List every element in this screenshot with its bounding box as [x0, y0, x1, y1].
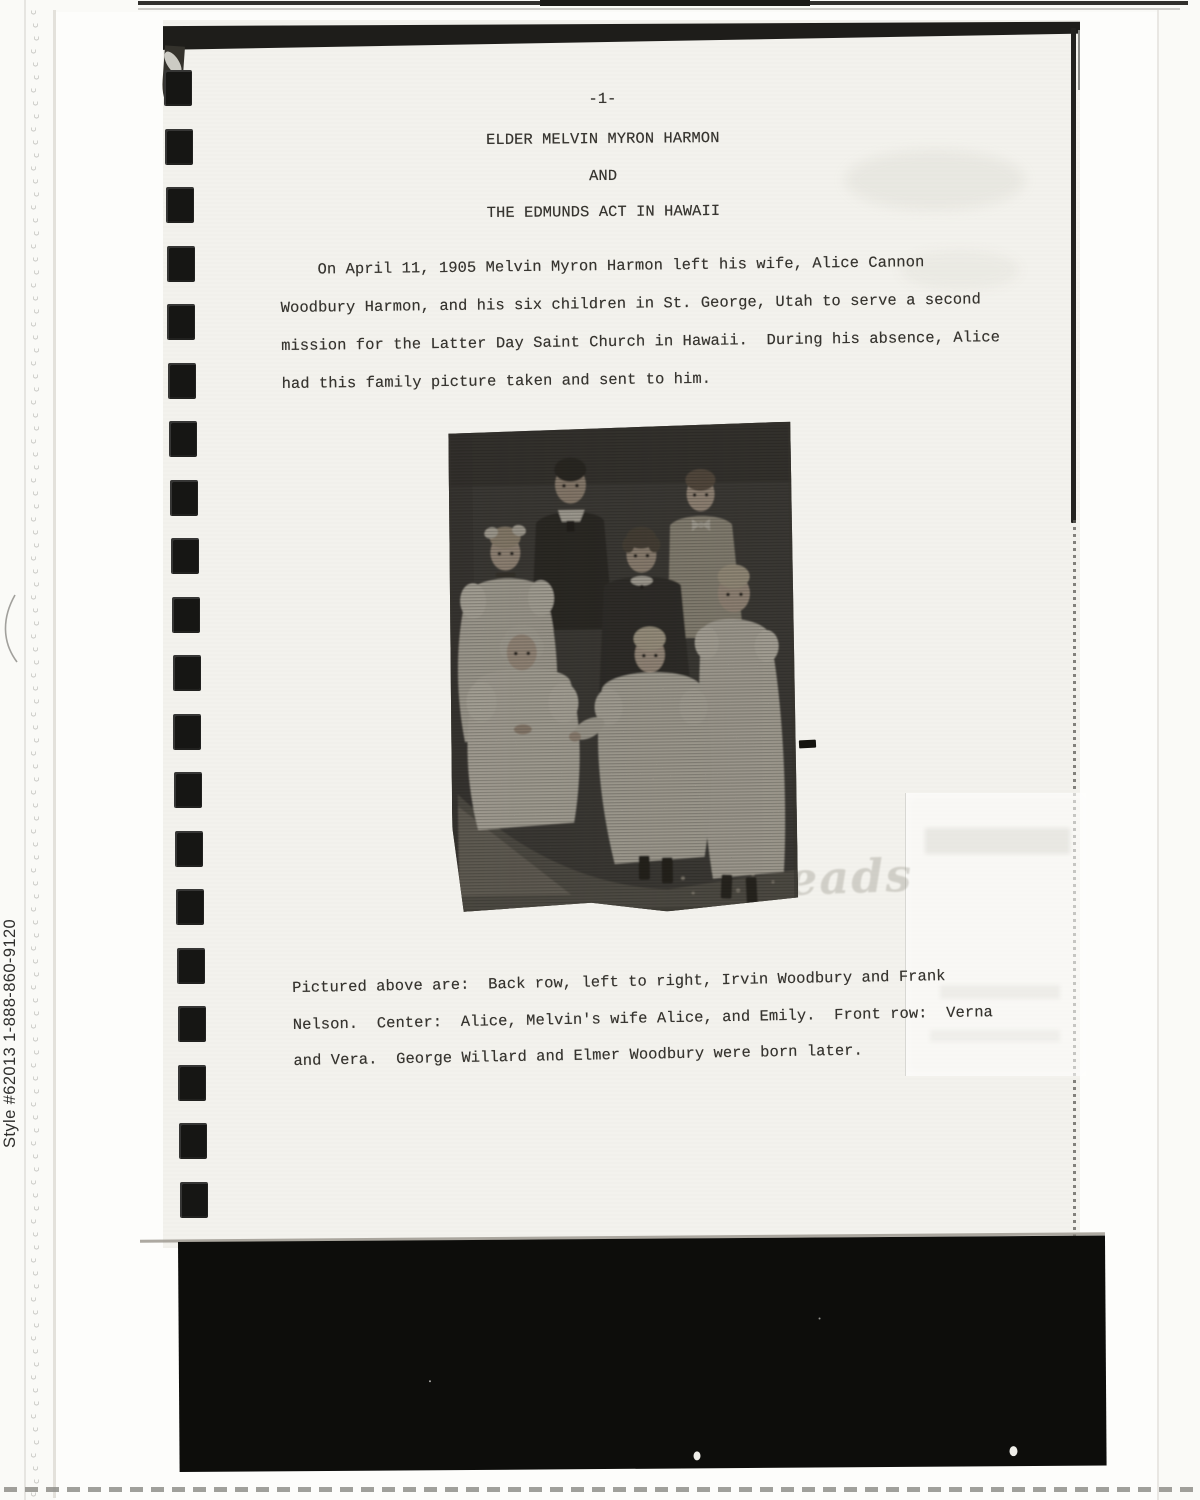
edge-mark: ɔ	[28, 322, 37, 327]
comb-tooth	[174, 772, 202, 808]
edge-mark: ɔ	[28, 166, 37, 171]
edge-mark: ɔ	[29, 1115, 38, 1120]
comb-tooth	[178, 1065, 206, 1101]
edge-mark: ɔ	[29, 374, 38, 379]
edge-mark: ɔ	[29, 335, 38, 340]
comb-tooth	[164, 70, 192, 106]
edge-mark: ɔ	[28, 1102, 37, 1107]
edge-mark: ɔ	[28, 1375, 37, 1380]
edge-mark: ɔ	[28, 829, 37, 834]
edge-mark: ɔ	[28, 88, 37, 93]
comb-tooth	[170, 480, 198, 516]
edge-mark: ɔ	[29, 569, 38, 574]
band-speck	[429, 1380, 431, 1382]
edge-mark: ɔ	[31, 738, 40, 743]
edge-mark: ɔ	[28, 985, 37, 990]
edge-mark: ɔ	[29, 530, 38, 535]
edge-mark: ɔ	[31, 36, 40, 41]
edge-mark: ɔ	[29, 764, 38, 769]
bleedthrough-ghost-text: eads	[787, 848, 914, 906]
edge-mark: ɔ	[31, 543, 40, 548]
comb-tooth	[169, 421, 197, 457]
sheet-left-edge	[53, 10, 56, 1498]
edge-mark: ɔ	[29, 1232, 38, 1237]
document-title-line-3: THE EDMUNDS ACT IN HAWAII	[268, 200, 938, 224]
edge-mark: ɔ	[29, 1349, 38, 1354]
edge-mark: ɔ	[31, 1128, 40, 1133]
edge-mark: ɔ	[28, 478, 37, 483]
edge-mark: ɔ	[29, 1388, 38, 1393]
family-portrait-photo	[447, 422, 799, 915]
edge-mark: ɔ	[28, 751, 37, 756]
edge-mark: ɔ	[29, 803, 38, 808]
edge-mark: ɔ	[28, 439, 37, 444]
comb-tooth	[179, 1123, 207, 1159]
page-right-dark-edge	[1071, 28, 1076, 523]
edge-mark: ɔ	[29, 101, 38, 106]
edge-mark: ɔ	[28, 946, 37, 951]
edge-mark: ɔ	[31, 582, 40, 587]
edge-mark: ɔ	[29, 179, 38, 184]
edge-mark: ɔ	[28, 1453, 37, 1458]
document-title-line-1: ELDER MELVIN MYRON HARMON	[268, 127, 938, 151]
edge-mark: ɔ	[31, 699, 40, 704]
edge-mark: ɔ	[28, 517, 37, 522]
edge-mark: ɔ	[28, 1180, 37, 1185]
edge-mark: ɔ	[28, 1258, 37, 1263]
paragraph-line: Woodbury Harmon, and his six children in…	[281, 290, 981, 317]
edge-mark: ɔ	[28, 556, 37, 561]
comb-tooth	[175, 831, 203, 867]
scan-top-edge-dark-segment	[540, 0, 810, 6]
edge-mark: ɔ	[29, 842, 38, 847]
edge-mark: ɔ	[29, 1427, 38, 1432]
edge-mark: ɔ	[28, 1063, 37, 1068]
edge-mark: ɔ	[31, 1323, 40, 1328]
edge-mark: ɔ	[28, 127, 37, 132]
left-stray-arc	[0, 580, 30, 680]
bottom-black-cover-band	[178, 1236, 1107, 1472]
comb-tooth	[173, 714, 201, 750]
edge-mark: ɔ	[29, 686, 38, 691]
edge-mark: ɔ	[31, 1011, 40, 1016]
edge-mark: ɔ	[28, 1024, 37, 1029]
edge-mark: ɔ	[28, 1297, 37, 1302]
edge-mark: ɔ	[29, 920, 38, 925]
edge-mark: ɔ	[28, 244, 37, 249]
comb-tooth	[165, 129, 193, 165]
edge-mark: ɔ	[31, 1440, 40, 1445]
edge-mark: ɔ	[31, 1245, 40, 1250]
scanned-document: ɔɔɔɔɔɔɔɔɔɔɔɔɔɔɔɔɔɔɔɔɔɔɔɔɔɔɔɔɔɔɔɔɔɔɔɔɔɔɔɔ…	[0, 0, 1200, 1500]
comb-tooth	[172, 597, 200, 633]
edge-mark: ɔ	[31, 894, 40, 899]
edge-mark: ɔ	[28, 400, 37, 405]
edge-mark: ɔ	[28, 49, 37, 54]
edge-mark: ɔ	[29, 140, 38, 145]
edge-mark: ɔ	[29, 257, 38, 262]
edge-mark: ɔ	[31, 153, 40, 158]
edge-mark: ɔ	[31, 855, 40, 860]
edge-mark: ɔ	[31, 1089, 40, 1094]
edge-mark: ɔ	[29, 725, 38, 730]
scan-right-edge-line	[1157, 10, 1159, 1500]
edge-mark: ɔ	[31, 816, 40, 821]
document-title-line-2: AND	[268, 164, 938, 188]
edge-mark: ɔ	[29, 1310, 38, 1315]
title-block: -1- ELDER MELVIN MYRON HARMON AND THE ED…	[267, 87, 938, 233]
margin-style-label: Style #62013 1-888-860-9120	[1, 926, 25, 1148]
edge-mark: ɔ	[29, 959, 38, 964]
edge-mark: ɔ	[28, 1336, 37, 1341]
comb-tooth	[173, 655, 201, 691]
edge-mark: ɔ	[31, 192, 40, 197]
caption-line: and Vera. George Willard and Elmer Woodb…	[293, 1042, 863, 1070]
edge-mark: ɔ	[31, 1167, 40, 1172]
edge-mark: ɔ	[31, 1284, 40, 1289]
edge-mark: ɔ	[31, 465, 40, 470]
edge-mark: ɔ	[29, 1154, 38, 1159]
edge-mark: ɔ	[28, 790, 37, 795]
edge-mark: ɔ	[28, 712, 37, 717]
edge-mark: ɔ	[29, 23, 38, 28]
photo-caption: Pictured above are: Back row, left to ri…	[292, 966, 994, 1089]
edge-mark: ɔ	[31, 1362, 40, 1367]
edge-mark: ɔ	[29, 296, 38, 301]
edge-mark: ɔ	[29, 1037, 38, 1042]
edge-mark: ɔ	[29, 1193, 38, 1198]
edge-mark: ɔ	[31, 1206, 40, 1211]
edge-mark: ɔ	[28, 868, 37, 873]
edge-mark: ɔ	[29, 218, 38, 223]
edge-mark: ɔ	[31, 660, 40, 665]
edge-mark: ɔ	[31, 231, 40, 236]
edge-mark: ɔ	[29, 608, 38, 613]
edge-mark: ɔ	[29, 491, 38, 496]
bottom-dashed-line	[4, 1487, 1196, 1492]
edge-mark: ɔ	[29, 1271, 38, 1276]
body-paragraph: On April 11, 1905 Melvin Myron Harmon le…	[280, 252, 994, 401]
edge-mark: ɔ	[28, 1219, 37, 1224]
scan-top-edge-line-2	[138, 8, 1180, 10]
edge-mark: ɔ	[31, 309, 40, 314]
bleedthrough-line-1	[925, 828, 1070, 854]
edge-mark: ɔ	[31, 1050, 40, 1055]
comb-tooth	[166, 187, 194, 223]
comb-tooth	[168, 363, 196, 399]
page-right-corner-sheets	[1078, 30, 1080, 90]
edge-mark: ɔ	[31, 1401, 40, 1406]
scan-left-edge-line	[24, 0, 26, 1500]
edge-mark: ɔ	[28, 1141, 37, 1146]
edge-mark: ɔ	[28, 361, 37, 366]
paragraph-line: mission for the Latter Day Saint Church …	[281, 328, 1000, 355]
edge-mark: ɔ	[31, 270, 40, 275]
edge-mark: ɔ	[28, 1492, 37, 1497]
caption-line: Nelson. Center: Alice, Melvin's wife Ali…	[293, 1003, 993, 1034]
comb-tooth	[176, 889, 204, 925]
edge-mark: ɔ	[31, 426, 40, 431]
band-speck	[819, 1318, 821, 1320]
band-speck	[1009, 1446, 1017, 1456]
edge-mark: ɔ	[31, 348, 40, 353]
edge-mark: ɔ	[31, 621, 40, 626]
edge-mark: ɔ	[28, 907, 37, 912]
edge-mark: ɔ	[29, 452, 38, 457]
edge-mark: ɔ	[29, 1466, 38, 1471]
edge-mark: ɔ	[28, 10, 37, 15]
edge-mark: ɔ	[31, 75, 40, 80]
edge-mark: ɔ	[29, 413, 38, 418]
edge-mark: ɔ	[28, 205, 37, 210]
edge-mark: ɔ	[29, 881, 38, 886]
edge-mark: ɔ	[28, 1414, 37, 1419]
edge-mark: ɔ	[31, 1479, 40, 1484]
edge-mark: ɔ	[29, 1076, 38, 1081]
edge-mark: ɔ	[31, 387, 40, 392]
comb-tooth	[177, 948, 205, 984]
comb-tooth	[171, 538, 199, 574]
comb-tooth	[180, 1182, 208, 1218]
edge-mark: ɔ	[29, 647, 38, 652]
comb-tooth	[167, 246, 195, 282]
edge-mark: ɔ	[29, 62, 38, 67]
stray-dash-mark	[799, 740, 816, 749]
edge-mark: ɔ	[31, 504, 40, 509]
edge-mark: ɔ	[31, 972, 40, 977]
paragraph-line: had this family picture taken and sent t…	[282, 370, 712, 393]
comb-tooth	[178, 1006, 206, 1042]
edge-mark: ɔ	[31, 933, 40, 938]
edge-mark: ɔ	[29, 998, 38, 1003]
edge-mark: ɔ	[31, 114, 40, 119]
edge-mark: ɔ	[31, 777, 40, 782]
comb-tooth	[167, 304, 195, 340]
edge-mark: ɔ	[28, 283, 37, 288]
band-speck	[693, 1451, 700, 1460]
